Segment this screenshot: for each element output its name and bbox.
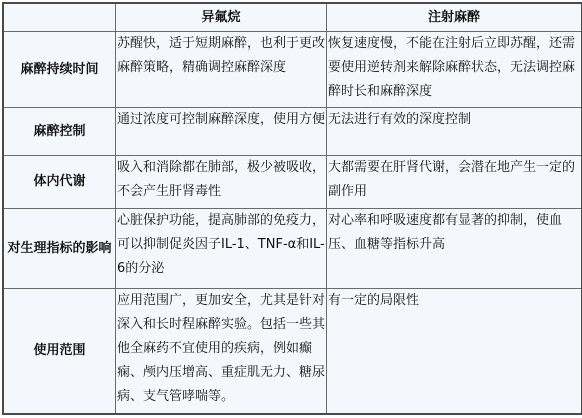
row-label: 体内代谢 xyxy=(4,156,116,209)
table-row: 麻醉持续时间 苏醒快，适于短期麻醉，也利于更改麻醉策略，精确调控麻醉深度 恢复速… xyxy=(4,32,581,108)
header-isoflurane: 异氟烷 xyxy=(116,4,327,32)
isoflurane-cell: 吸入和消除都在肺部，极少被吸收，不会产生肝肾毒性 xyxy=(116,156,327,209)
isoflurane-cell: 通过浓度可控制麻醉深度，使用方便 xyxy=(116,108,327,156)
row-label: 使用范围 xyxy=(4,289,116,413)
injection-cell: 无法进行有效的深度控制 xyxy=(327,108,581,156)
table-row: 体内代谢 吸入和消除都在肺部，极少被吸收，不会产生肝肾毒性 大都需要在肝肾代谢，… xyxy=(4,156,581,209)
isoflurane-cell: 心脏保护功能，提高肺部的免疫力，可以抑制促炎因子IL-1、TNF-α和IL-6的… xyxy=(116,209,327,289)
row-label: 对生理指标的影响 xyxy=(4,209,116,289)
injection-cell: 对心率和呼吸速度都有显著的抑制，使血压、血糖等指标升高 xyxy=(327,209,581,289)
injection-cell: 有一定的局限性 xyxy=(327,289,581,413)
comparison-table: 异氟烷 注射麻醉 麻醉持续时间 苏醒快，适于短期麻醉，也利于更改麻醉策略，精确调… xyxy=(2,2,582,415)
table-row: 对生理指标的影响 心脏保护功能，提高肺部的免疫力，可以抑制促炎因子IL-1、TN… xyxy=(4,209,581,289)
header-corner xyxy=(4,4,116,32)
injection-cell: 恢复速度慢，不能在注射后立即苏醒，还需要使用逆转剂来解除麻醉状态，无法调控麻醉时… xyxy=(327,32,581,108)
row-label: 麻醉持续时间 xyxy=(4,32,116,108)
header-injection: 注射麻醉 xyxy=(327,4,581,32)
isoflurane-cell: 苏醒快，适于短期麻醉，也利于更改麻醉策略，精确调控麻醉深度 xyxy=(116,32,327,108)
table-row: 麻醉控制 通过浓度可控制麻醉深度，使用方便 无法进行有效的深度控制 xyxy=(4,108,581,156)
injection-cell: 大都需要在肝肾代谢，会潜在地产生一定的副作用 xyxy=(327,156,581,209)
table-row: 使用范围 应用范围广，更加安全，尤其是针对深入和长时程麻醉实验。包括一些其他全麻… xyxy=(4,289,581,413)
header-row: 异氟烷 注射麻醉 xyxy=(4,4,581,32)
row-label: 麻醉控制 xyxy=(4,108,116,156)
isoflurane-cell: 应用范围广，更加安全，尤其是针对深入和长时程麻醉实验。包括一些其他全麻药不宜使用… xyxy=(116,289,327,413)
